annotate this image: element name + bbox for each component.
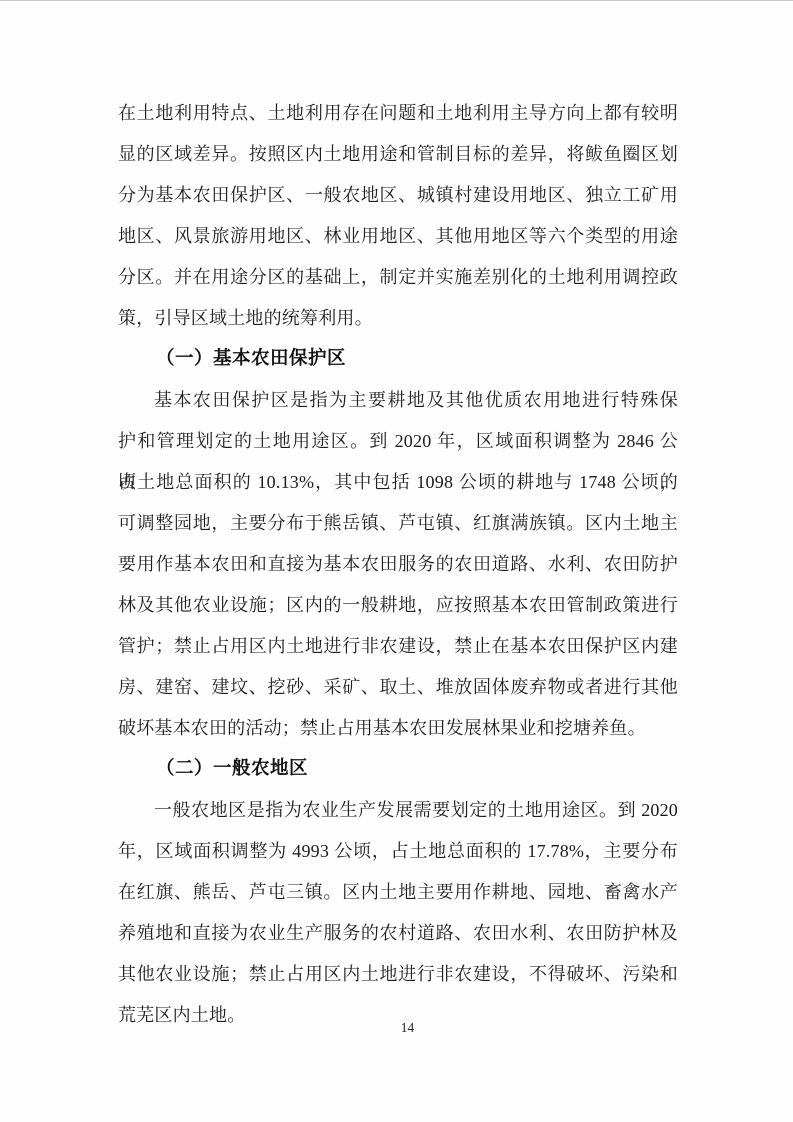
text-line: 地区、风景旅游用地区、林业用地区、其他用地区等六个类型的用途 xyxy=(118,216,678,257)
paragraph: 一般农地区是指为农业生产发展需要划定的土地用途区。到 2020年，区域面积调整为… xyxy=(118,790,678,1036)
text-line: 要用作基本农田和直接为基本农田服务的农田道路、水利、农田防护 xyxy=(118,544,678,585)
document-page: 在土地利用特点、土地利用存在问题和土地利用主导方向上都有较明显的区域差异。按照区… xyxy=(0,0,793,1122)
text-line: 房、建窑、建坟、挖砂、采矿、取土、堆放固体废弃物或者进行其他 xyxy=(118,667,678,708)
text-line: 可调整园地，主要分布于熊岳镇、芦屯镇、红旗满族镇。区内土地主 xyxy=(118,503,678,544)
text-line: 护和管理划定的土地用途区。到 2020 年，区域面积调整为 2846 公顷， xyxy=(118,421,678,462)
text-line: 管护；禁止占用区内土地进行非农建设，禁止在基本农田保护区内建 xyxy=(118,626,678,667)
text-line: 基本农田保护区是指为主要耕地及其他优质农用地进行特殊保 xyxy=(118,380,678,421)
paragraph: 在土地利用特点、土地利用存在问题和土地利用主导方向上都有较明显的区域差异。按照区… xyxy=(118,93,678,339)
text-line: 策，引导区域土地的统筹利用。 xyxy=(118,298,678,339)
text-line: 养殖地和直接为农业生产服务的农村道路、农田水利、农田防护林及 xyxy=(118,913,678,954)
text-line: 破坏基本农田的活动；禁止占用基本农田发展林果业和挖塘养鱼。 xyxy=(118,708,678,749)
section-heading: （二）一般农地区 xyxy=(118,749,678,790)
text-line: 林及其他农业设施；区内的一般耕地，应按照基本农田管制政策进行 xyxy=(118,585,678,626)
text-line: 其他农业设施；禁止占用区内土地进行非农建设，不得破坏、污染和 xyxy=(118,954,678,995)
page-number: 14 xyxy=(0,1020,793,1036)
text-line: 分区。并在用途分区的基础上，制定并实施差别化的土地利用调控政 xyxy=(118,257,678,298)
text-line: 显的区域差异。按照区内土地用途和管制目标的差异，将鲅鱼圈区划 xyxy=(118,134,678,175)
section-heading: （一）基本农田保护区 xyxy=(118,339,678,380)
text-line: 在土地利用特点、土地利用存在问题和土地利用主导方向上都有较明 xyxy=(118,93,678,134)
text-line: 分为基本农田保护区、一般农地区、城镇村建设用地区、独立工矿用 xyxy=(118,175,678,216)
text-line: 一般农地区是指为农业生产发展需要划定的土地用途区。到 2020 xyxy=(118,790,678,831)
text-line: 年，区域面积调整为 4993 公顷，占土地总面积的 17.78%，主要分布 xyxy=(118,831,678,872)
document-content: 在土地利用特点、土地利用存在问题和土地利用主导方向上都有较明显的区域差异。按照区… xyxy=(118,93,678,1036)
paragraph: 基本农田保护区是指为主要耕地及其他优质农用地进行特殊保护和管理划定的土地用途区。… xyxy=(118,380,678,749)
text-line: 占土地总面积的 10.13%，其中包括 1098 公顷的耕地与 1748 公顷的 xyxy=(118,462,678,503)
text-line: 在红旗、熊岳、芦屯三镇。区内土地主要用作耕地、园地、畜禽水产 xyxy=(118,872,678,913)
